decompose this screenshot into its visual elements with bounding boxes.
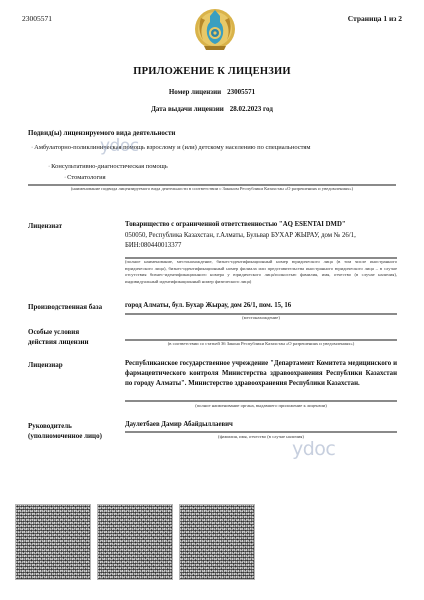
subtype-item: ·Консультативно-диагностическая помощь xyxy=(48,163,168,170)
page-indicator: Страница 1 из 2 xyxy=(348,14,402,23)
state-emblem-icon xyxy=(193,4,237,54)
licensor-value: Республиканское государственное учрежден… xyxy=(125,359,397,389)
head-label-line2: (уполномоченное лицо) xyxy=(28,431,102,441)
license-date-line: Дата выдачи лицензии28.02.2023 год xyxy=(0,105,424,113)
license-date-value: 28.02.2023 год xyxy=(230,105,273,113)
subtype-item-label: Консультативно-диагностическая помощь xyxy=(51,163,168,170)
special-conditions-label-line1: Особые условия xyxy=(28,327,89,337)
qr-code-icon xyxy=(179,504,255,580)
subtype-item: ·Стоматология xyxy=(64,174,106,181)
special-conditions-label: Особые условия действия лицензии xyxy=(28,327,89,347)
head-caption: (фамилия, имя, отчество (в случае наличи… xyxy=(125,434,397,440)
licensee-caption: (полное наименование, местонахождение, б… xyxy=(125,259,397,286)
bullet-icon: · xyxy=(31,144,33,151)
bullet-icon: · xyxy=(64,174,66,181)
licensee-address: 050050, Республика Казахстан, г.Алматы, … xyxy=(125,231,397,251)
licensor-label: Лицензиар xyxy=(28,360,63,370)
production-base-value: город Алматы, бул. Бухар Жырау, дом 26/1… xyxy=(125,301,397,311)
license-number-value: 23005571 xyxy=(227,88,255,96)
qr-code-icon xyxy=(15,504,91,580)
watermark-logo: ydoc xyxy=(100,136,139,156)
qr-code-icon xyxy=(97,504,173,580)
special-conditions-caption: (в соответствии со статьей 36 Закона Рес… xyxy=(125,341,397,347)
document-title: ПРИЛОЖЕНИЕ К ЛИЦЕНЗИИ xyxy=(0,66,424,77)
licensor-caption: (полное наименование органа, выдавшего п… xyxy=(125,403,397,409)
document-number: 23005571 xyxy=(22,14,52,23)
special-conditions-label-line2: действия лицензии xyxy=(28,337,89,347)
license-date-label: Дата выдачи лицензии xyxy=(151,105,224,113)
licensee-name: Товарищество с ограниченной ответственно… xyxy=(125,220,397,230)
production-base-label: Производственная база xyxy=(28,302,102,312)
head-label-line1: Руководитель xyxy=(28,421,102,431)
divider xyxy=(125,431,397,433)
subtypes-caption: (наименование подвида лицензируемого вид… xyxy=(28,186,396,192)
license-number-label: Номер лицензии xyxy=(169,88,221,96)
licensee-label: Лицензиат xyxy=(28,221,62,231)
production-base-caption: (местонахождение) xyxy=(125,315,397,321)
head-label: Руководитель (уполномоченное лицо) xyxy=(28,421,102,441)
divider xyxy=(125,400,397,402)
watermark-logo: ydoc xyxy=(292,438,335,460)
bullet-icon: · xyxy=(48,163,50,170)
subtype-item-label: Стоматология xyxy=(67,174,105,181)
subtype-item-label: Амбулаторно-поликлиническая помощь взрос… xyxy=(34,144,310,151)
license-number-line: Номер лицензии23005571 xyxy=(0,88,424,96)
subtype-item: ·Амбулаторно-поликлиническая помощь взро… xyxy=(31,144,311,151)
head-name: Даулетбаев Дамир Абайдыллаевич xyxy=(125,420,397,430)
